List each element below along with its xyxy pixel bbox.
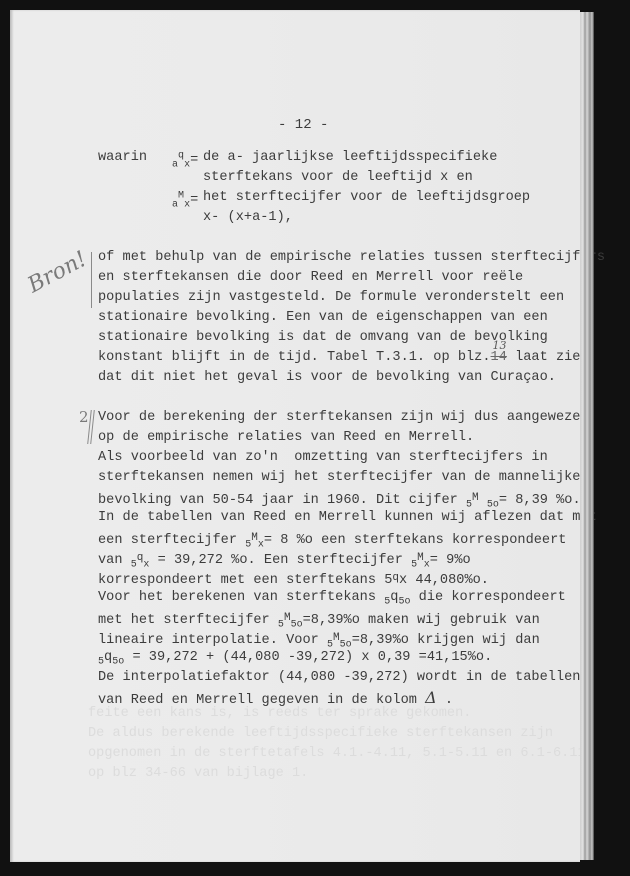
bleed-through-line: opgenomen in de sterftetafels 4.1.-4.11,… — [88, 746, 586, 762]
definition-lead-word: waarin — [98, 150, 147, 166]
document-page: - 12 - feite een kans is, is reeds ter s… — [10, 10, 580, 862]
handwritten-correction: 13 — [493, 338, 507, 354]
paragraph-line: een sterftecijfer 5Mx= 8 %o een sterftek… — [98, 530, 566, 549]
page-stack-edge — [580, 12, 594, 860]
paragraph-line: of met behulp van de empirische relaties… — [98, 250, 605, 266]
paragraph-line: sterftekansen nemen wij het sterftecijfe… — [98, 470, 580, 486]
definition-text: x- (x+a-1), — [203, 210, 293, 226]
margin-bracket-line — [91, 252, 92, 308]
paragraph-line: met het sterftecijfer 5M5o=8,39%o maken … — [98, 610, 540, 629]
definition-text: sterftekans voor de leeftijd x en — [203, 170, 473, 186]
paragraph-line: bevolking van 50-54 jaar in 1960. Dit ci… — [98, 490, 581, 509]
paragraph-line: dat dit niet het geval is voor de bevolk… — [98, 370, 556, 386]
paragraph-line: Voor de berekening der sterftekansen zij… — [98, 410, 589, 426]
paragraph-line: van Reed en Merrell gegeven in de kolom … — [98, 690, 453, 709]
delta-symbol: Δ — [425, 688, 437, 707]
paragraph-line: populaties zijn vastgesteld. De formule … — [98, 290, 564, 306]
definition-symbol-m: aMx= — [172, 193, 198, 209]
paragraph-line: In de tabellen van Reed en Merrell kunne… — [98, 510, 597, 526]
bleed-through-line: op blz 34-66 van bijlage 1. — [88, 766, 308, 782]
bleed-through-line: De aldus berekende leeftijdsspecifieke s… — [88, 726, 553, 742]
margin-mark-2: 2 — [79, 408, 89, 426]
margin-note-bron: Bron! — [24, 247, 91, 299]
paragraph-line: en sterftekansen die door Reed en Merrel… — [98, 270, 523, 286]
paragraph-line: stationaire bevolking. Een van de eigens… — [98, 310, 548, 326]
page-number: - 12 - — [278, 117, 328, 133]
paragraph-line: lineaire interpolatie. Voor 5M5o=8,39%o … — [98, 630, 540, 649]
paragraph-line: korrespondeert met een sterftekans 5qx 4… — [98, 570, 489, 589]
paragraph-line: konstant blijft in de tijd. Tabel T.3.1.… — [98, 350, 589, 366]
paragraph-line: De interpolatiefaktor (44,080 -39,272) w… — [98, 670, 580, 686]
definition-text: de a- jaarlijkse leeftijdsspecifieke — [203, 150, 497, 166]
paragraph-line: op de empirische relaties van Reed en Me… — [98, 430, 474, 446]
definition-symbol-q: aqx= — [172, 153, 198, 169]
paragraph-line: 5q5o = 39,272 + (44,080 -39,272) x 0,39 … — [98, 650, 492, 666]
paragraph-line: stationaire bevolking is dat de omvang v… — [98, 330, 548, 346]
paragraph-line: Voor het berekenen van sterftekans 5q5o … — [98, 590, 566, 606]
definition-text: het sterftecijfer voor de leeftijdsgroep — [203, 190, 530, 206]
paragraph-line: Als voorbeeld van zo'n omzetting van ste… — [98, 450, 548, 466]
paragraph-line: van 5qx = 39,272 %o. Een sterftecijfer 5… — [98, 550, 471, 569]
